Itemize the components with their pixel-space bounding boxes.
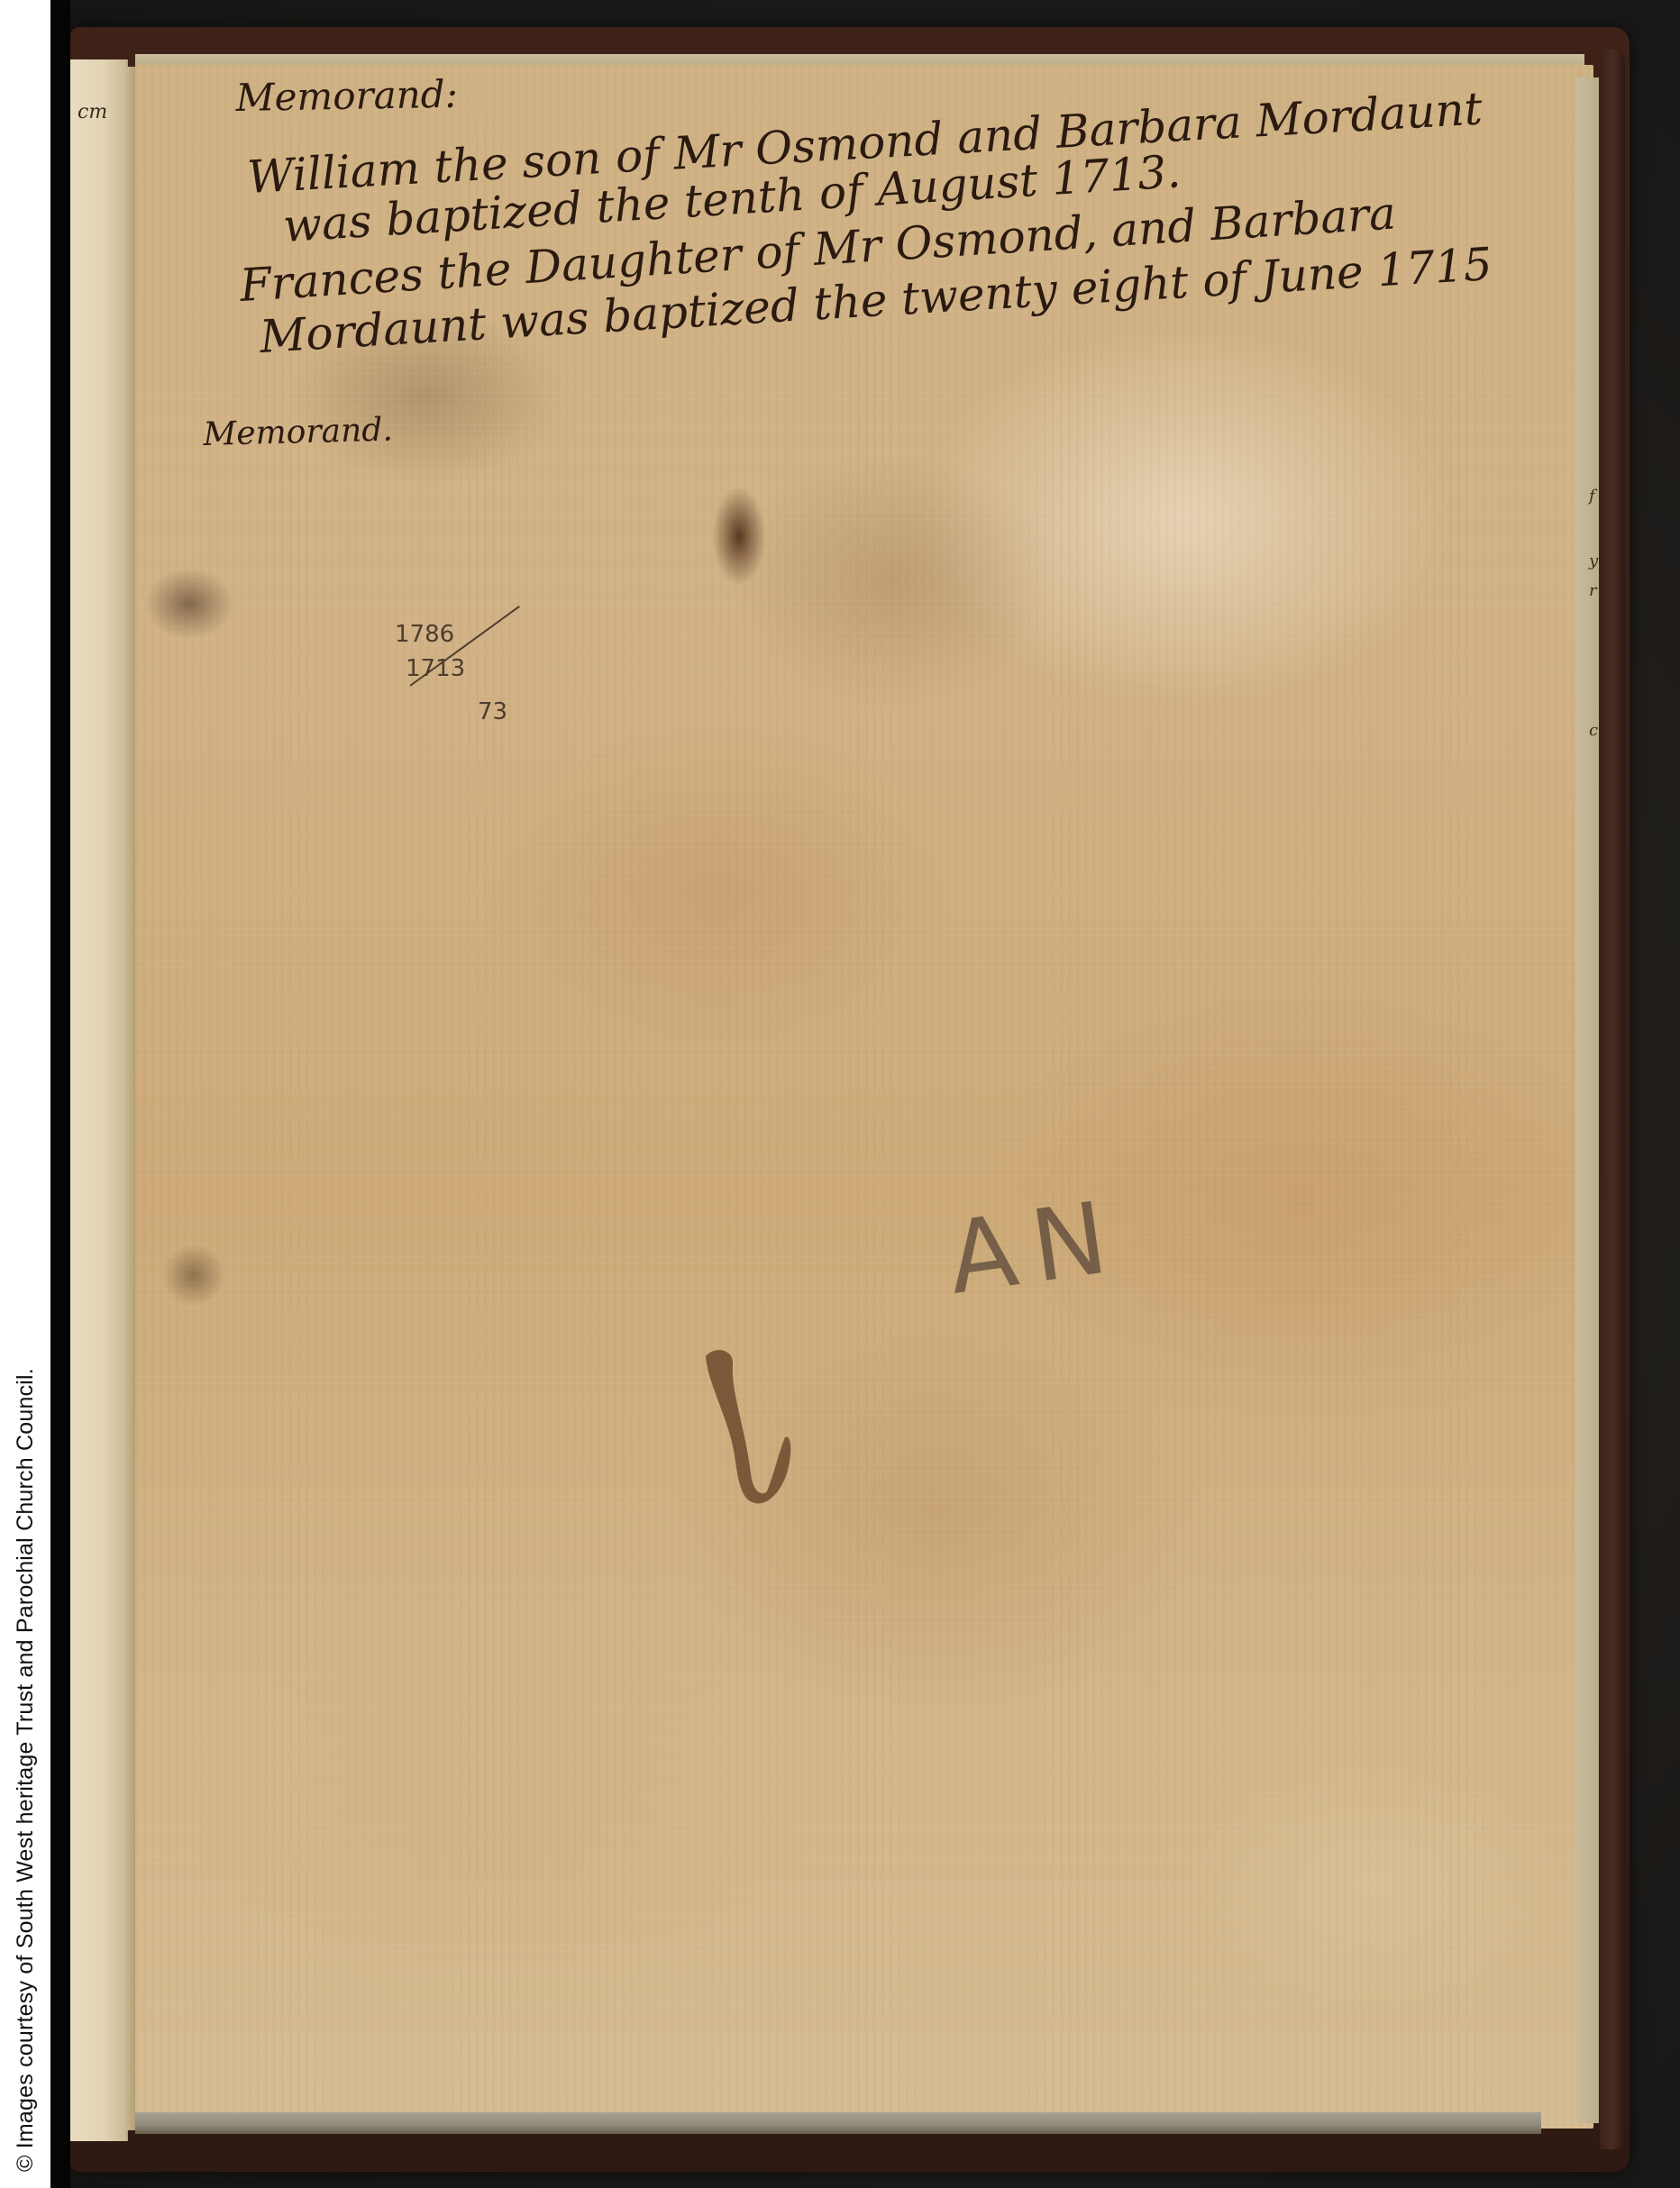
edge-mark: y [1589, 552, 1598, 570]
edge-mark: r [1589, 581, 1597, 600]
ink-blot-icon [698, 1347, 798, 1509]
credit-strip: © Images courtesy of South West heritage… [0, 0, 50, 2188]
stain [144, 568, 234, 640]
memorandum-heading-2: Memorand. [203, 412, 393, 453]
stain [162, 1244, 225, 1307]
edge-mark: c [1589, 721, 1598, 740]
copyright-credit: © Images courtesy of South West heritage… [13, 1368, 39, 2172]
memorandum-heading: Memorand: [235, 72, 458, 120]
flyleaf-stub [70, 59, 128, 2141]
page-fore-edge [1575, 77, 1599, 2123]
page-bottom-edge [135, 2112, 1541, 2134]
pencil-calc-line: 73 [478, 699, 507, 725]
edge-mark: f [1589, 487, 1595, 506]
pencil-calc-line: 1786 [395, 622, 454, 647]
cover-edge [1600, 50, 1625, 2149]
ink-stain [712, 487, 766, 586]
parchment-page [135, 65, 1593, 2129]
pencil-calc-line: 1713 [406, 656, 465, 681]
flyleaf-mark: cm [78, 101, 107, 123]
image-border [50, 0, 70, 2188]
pencil-initials: AN [941, 1178, 1129, 1317]
